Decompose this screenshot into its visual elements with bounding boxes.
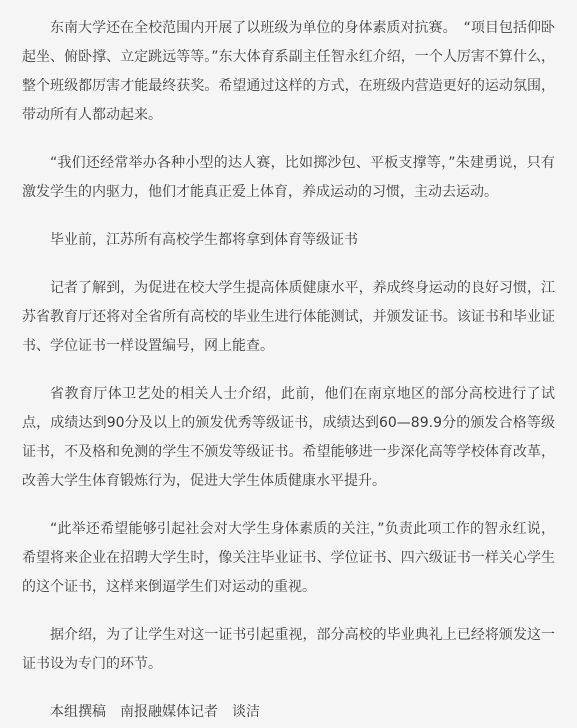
article-paragraph: 省教育厅体卫艺处的相关人士介绍，此前，他们在南京地区的部分高校进行了试点，成绩达… — [22, 380, 555, 496]
article-paragraph: “此举还希望能够引起社会对大学生身体素质的关注，”负责此项工作的智永红说，希望将… — [22, 515, 555, 602]
article-paragraph: “我们还经常举办各种小型的达人赛，比如掷沙包、平板支撑等，”朱建勇说，只有激发学… — [22, 149, 555, 207]
article-page: 东南大学还在全校范围内开展了以班级为单位的身体素质对抗赛。 “项目包括仰卧起坐、… — [0, 0, 577, 728]
article-paragraph: 东南大学还在全校范围内开展了以班级为单位的身体素质对抗赛。 “项目包括仰卧起坐、… — [22, 14, 555, 130]
article-body: 东南大学还在全校范围内开展了以班级为单位的身体素质对抗赛。 “项目包括仰卧起坐、… — [0, 0, 577, 728]
article-paragraph: 记者了解到，为促进在校大学生提高体质健康水平，养成终身运动的良好习惯，江苏省教育… — [22, 274, 555, 361]
article-byline: 本组撰稿 南报融媒体记者 谈洁 — [22, 698, 555, 727]
article-paragraph: 据介绍，为了让学生对这一证书引起重视，部分高校的毕业典礼上已经将颁发这一证书设为… — [22, 621, 555, 679]
article-subheading: 毕业前，江苏所有高校学生都将拿到体育等级证书 — [22, 226, 555, 255]
